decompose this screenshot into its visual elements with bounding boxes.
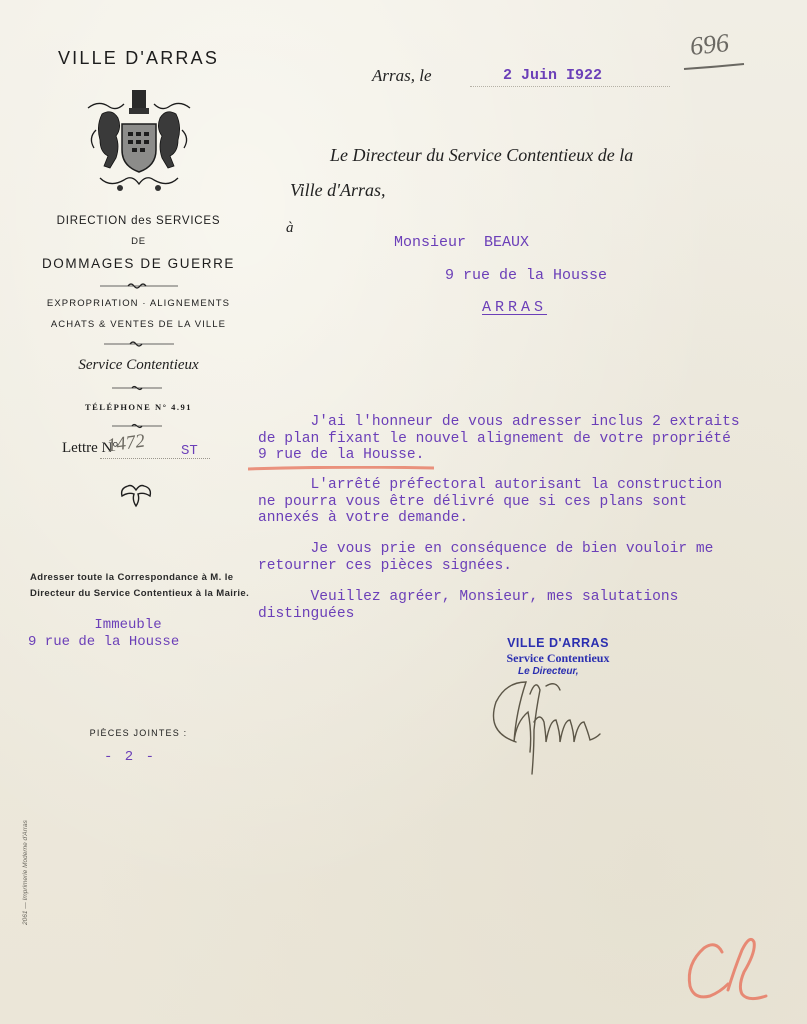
lettre-suffix: ST (181, 443, 198, 459)
date-dotted-line (470, 86, 670, 87)
printer-imprint: 2061 — Imprimerie Moderne d'Arras (22, 820, 29, 925)
sender-line-1: Le Directeur du Service Contentieux de l… (330, 145, 633, 166)
letterhead-de: DE (0, 236, 277, 247)
body-paragraph-3: Je vous prie en conséquence de bien voul… (258, 541, 803, 574)
sender-line-2: Ville d'Arras, (290, 180, 386, 201)
immeuble-line-1: Immeuble (28, 617, 228, 634)
lettre-dotted-line (100, 458, 210, 459)
archive-reference-number: 696 (689, 28, 731, 62)
recipient-street: 9 rue de la Housse (445, 267, 607, 284)
recipient-name: Monsieur BEAUX (394, 234, 529, 251)
letter-date: 2 Juin I922 (503, 67, 602, 84)
stamp-line-1: VILLE D'ARRAS (478, 636, 638, 651)
pencil-underline-icon (682, 63, 748, 71)
immeuble-line-2: 9 rue de la Housse (28, 634, 228, 651)
ornament-divider-icon (112, 384, 162, 392)
place-label: Arras, le (372, 66, 432, 86)
letterhead-service: Service Contentieux (0, 357, 277, 374)
body-paragraph-4: Veuillez agréer, Monsieur, mes salutatio… (258, 589, 803, 622)
ornament-divider-icon (100, 282, 178, 290)
body-paragraph-2: L'arrêté préfectoral autorisant la const… (258, 477, 803, 527)
letterhead-department: DOMMAGES DE GUERRE (0, 256, 277, 271)
letterhead-functions-1: EXPROPRIATION · ALIGNEMENTS (0, 298, 277, 309)
ornament-divider-icon (100, 340, 178, 348)
pieces-jointes-count: - 2 - (104, 749, 156, 765)
coat-of-arms-lions-icon (80, 88, 198, 196)
fleuron-ornament-icon (118, 480, 154, 508)
handwritten-signature-icon (486, 672, 616, 780)
to-label: à (286, 220, 294, 237)
correspondence-note: Adresser toute la Correspondance à M. le… (30, 570, 250, 602)
ornament-divider-icon (112, 422, 162, 430)
immeuble-address: Immeuble 9 rue de la Housse (28, 617, 228, 651)
red-crayon-underline-icon (248, 466, 434, 471)
letterhead-city: VILLE D'ARRAS (0, 48, 277, 69)
stamp-line-2: Service Contentieux (478, 651, 638, 665)
red-crayon-initials-cl (682, 930, 782, 1010)
letterhead-telephone: TÉLÉPHONE N° 4.91 (0, 402, 277, 412)
recipient-city: ARRAS (482, 299, 547, 316)
letterhead-direction: DIRECTION des SERVICES (0, 215, 277, 227)
letterhead-functions-2: ACHATS & VENTES DE LA VILLE (0, 319, 277, 330)
pieces-jointes-label: PIÈCES JOINTES : (0, 728, 277, 738)
body-paragraph-1: J'ai l'honneur de vous adresser inclus 2… (258, 414, 803, 464)
